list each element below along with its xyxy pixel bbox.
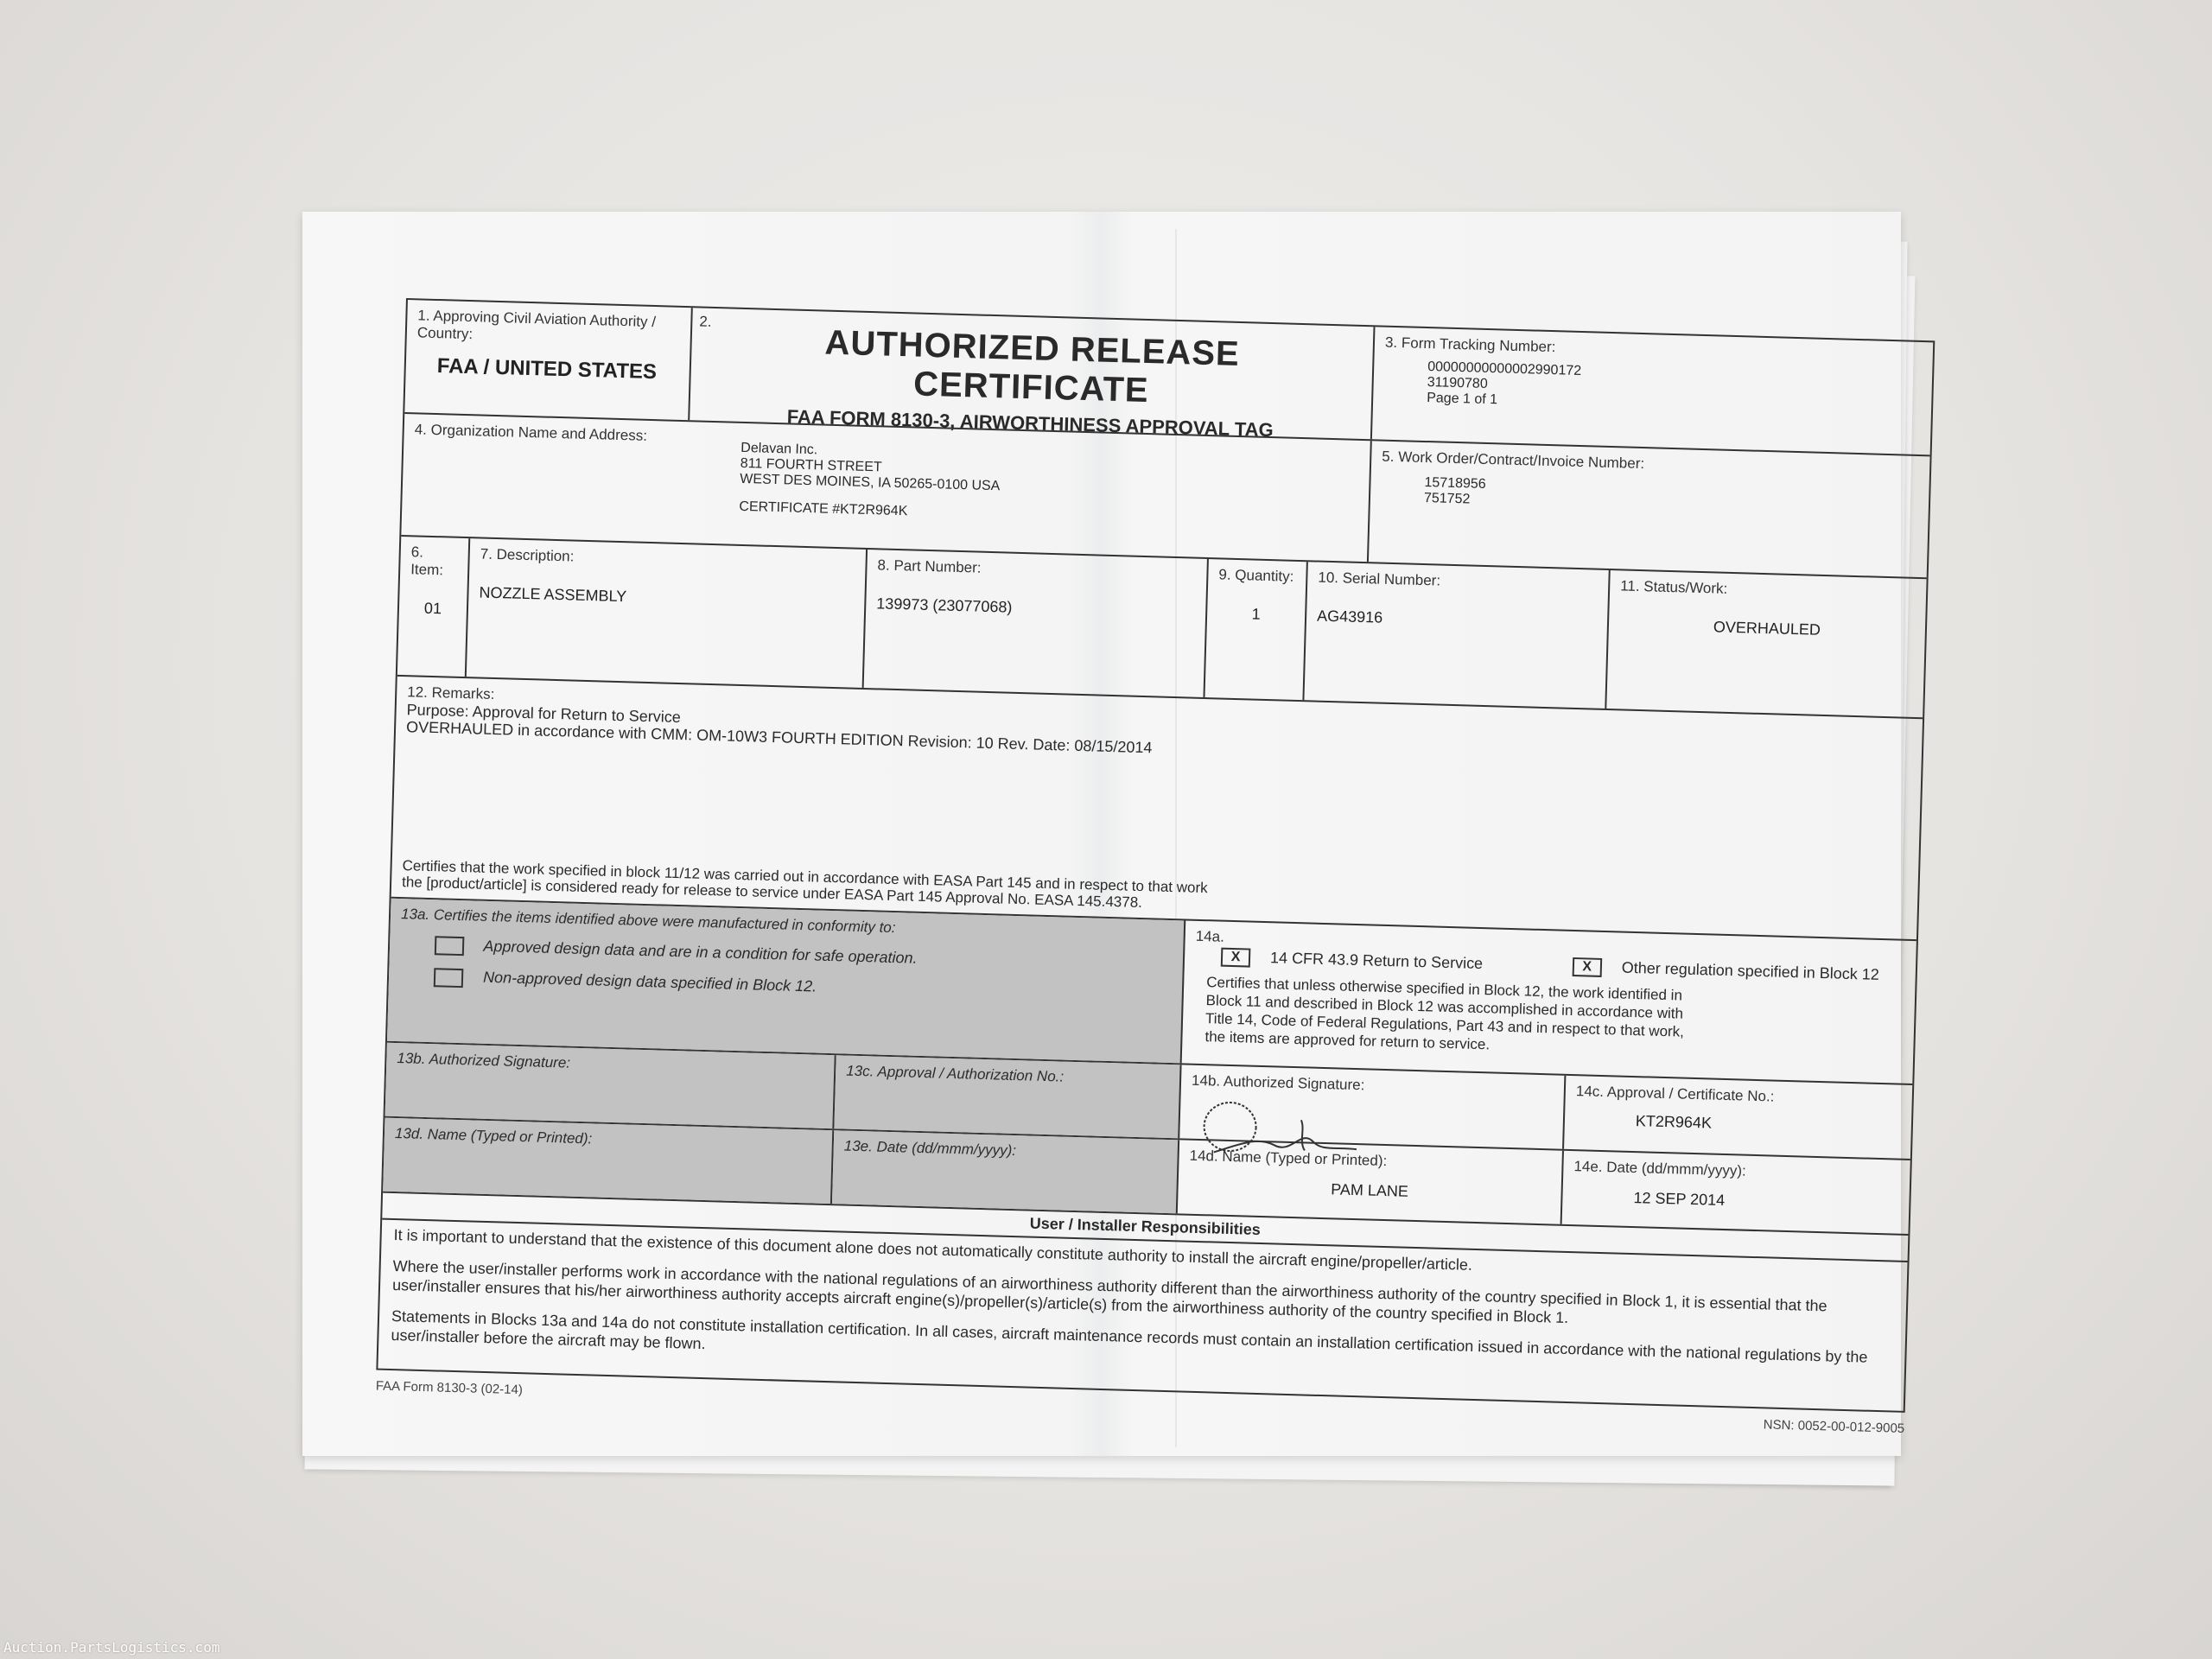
part-number-header: 8. Part Number: — [877, 556, 1196, 582]
quantity-header: 9. Quantity: — [1218, 566, 1296, 585]
block-3-tracking: 3. Form Tracking Number: 000000000000029… — [1372, 327, 1933, 454]
part-number-value: 139973 (23077068) — [876, 594, 1195, 621]
option-non-approved-design[interactable]: Non-approved design data specified in Bl… — [434, 967, 1172, 1007]
block-13b: 13b. Authorized Signature: — [385, 1043, 836, 1128]
org-certificate: CERTIFICATE #KT2R964K — [739, 499, 1000, 522]
block-14e-label: 14e. Date (dd/mmm/yyyy): — [1573, 1158, 1899, 1185]
block-13c: 13c. Approval / Authorization No.: — [834, 1055, 1181, 1138]
form-title: AUTHORIZED RELEASE CERTIFICATE — [701, 321, 1363, 416]
block-13e-label: 13e. Date (dd/mmm/yyyy): — [844, 1138, 1167, 1164]
block-14c: 14c. Approval / Certificate No.: KT2R964… — [1564, 1076, 1912, 1159]
approved-design-checkbox[interactable] — [435, 936, 465, 956]
watermark: Auction.PartsLogistics.com — [3, 1639, 219, 1656]
block-13d: 13d. Name (Typed or Printed): — [383, 1118, 834, 1204]
description-value: NOZZLE ASSEMBLY — [479, 583, 854, 612]
quantity-value: 1 — [1217, 604, 1295, 624]
release-date: 12 SEP 2014 — [1633, 1189, 1898, 1215]
block-12-remarks: 12. Remarks: Purpose: Approval for Retur… — [391, 677, 1923, 939]
other-regulation-checkbox[interactable]: X — [1572, 957, 1602, 977]
serial-number-header: 10. Serial Number: — [1318, 569, 1598, 594]
signer-name: PAM LANE — [1188, 1177, 1550, 1205]
block-14a: 14a. X 14 CFR 43.9 Return to Service X O… — [1182, 920, 1916, 1084]
faa-form-8130-3: 1. Approving Civil Aviation Authority / … — [376, 298, 1935, 1436]
block-1-value: FAA / UNITED STATES — [436, 354, 679, 385]
block-5-work-order: 5. Work Order/Contract/Invoice Number: 1… — [1369, 441, 1930, 577]
non-approved-design-label: Non-approved design data specified in Bl… — [483, 969, 817, 995]
block-14e: 14e. Date (dd/mmm/yyyy): 12 SEP 2014 — [1562, 1151, 1910, 1234]
block-1-authority: 1. Approving Civil Aviation Authority / … — [404, 300, 693, 420]
block-13a: 13a. Certifies the items identified abov… — [387, 899, 1185, 1064]
item-value: 01 — [410, 599, 457, 618]
block-2-label: 2. — [699, 313, 712, 330]
status-value: OVERHAULED — [1619, 615, 1915, 642]
block-14a-statement: Certifies that unless otherwise specifie… — [1205, 973, 1690, 1059]
cfr-43-9-checkbox[interactable]: X — [1221, 948, 1251, 968]
cfr-43-9-label: 14 CFR 43.9 Return to Service — [1270, 949, 1484, 972]
approval-certificate-number: KT2R964K — [1636, 1112, 1901, 1138]
approved-design-label: Approved design data and are in a condit… — [483, 938, 918, 967]
block-14d: 14d. Name (Typed or Printed): PAM LANE — [1178, 1140, 1564, 1224]
block-13c-label: 13c. Approval / Authorization No.: — [846, 1063, 1169, 1089]
block-1-label: 1. Approving Civil Aviation Authority / … — [417, 307, 681, 348]
block-2-title: 2. AUTHORIZED RELEASE CERTIFICATE FAA FO… — [690, 308, 1375, 439]
block-4-organization: 4. Organization Name and Address: Delava… — [401, 414, 1371, 562]
col-quantity: 9. Quantity: 1 — [1205, 559, 1307, 700]
col-item: 6. Item: 01 — [397, 537, 470, 677]
col-serial-number: 10. Serial Number: AG43916 — [1304, 562, 1610, 709]
block-14d-label: 14d. Name (Typed or Printed): — [1189, 1147, 1551, 1175]
block-13d-label: 13d. Name (Typed or Printed): — [395, 1125, 822, 1154]
form-grid: 1. Approving Civil Aviation Authority / … — [376, 298, 1935, 1413]
description-header: 7. Description: — [480, 546, 855, 574]
status-header: 11. Status/Work: — [1620, 577, 1916, 603]
col-description: 7. Description: NOZZLE ASSEMBLY — [467, 538, 868, 688]
org-address: Delavan Inc. 811 FOURTH STREET WEST DES … — [739, 441, 1001, 522]
item-header: 6. Item: — [410, 543, 458, 579]
block-13e: 13e. Date (dd/mmm/yyyy): — [832, 1130, 1179, 1213]
block-14b: 14b. Authorized Signature: — [1179, 1065, 1566, 1148]
block-14c-label: 14c. Approval / Certificate No.: — [1576, 1083, 1902, 1109]
col-part-number: 8. Part Number: 139973 (23077068) — [864, 550, 1209, 697]
block-13b-label: 13b. Authorized Signature: — [397, 1050, 823, 1079]
serial-number-value: AG43916 — [1317, 607, 1597, 633]
col-status: 11. Status/Work: OVERHAULED — [1606, 570, 1926, 717]
non-approved-design-checkbox[interactable] — [434, 968, 464, 988]
